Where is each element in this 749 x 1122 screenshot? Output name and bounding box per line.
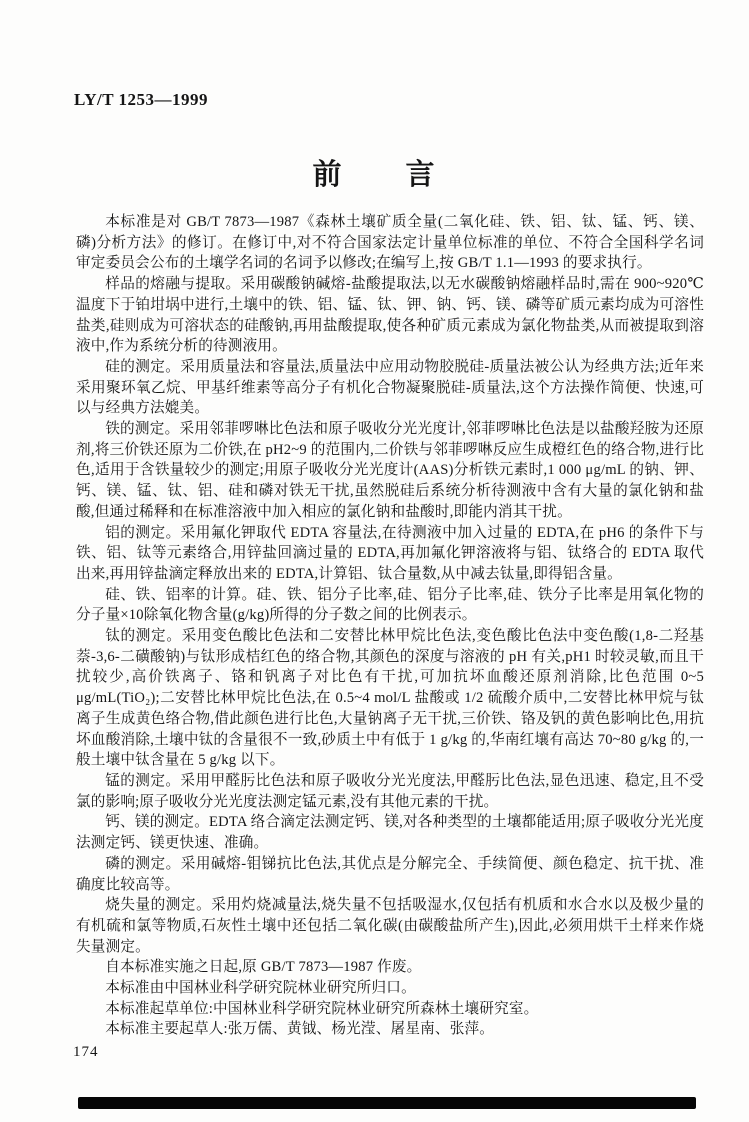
- document-page: LY/T 1253—1999 前 言 本标准是对 GB/T 7873—1987《…: [0, 0, 749, 1122]
- paragraph-phosphorus: 磷的测定。采用碱熔-钼锑抗比色法,其优点是分解完全、手续简便、颜色稳定、抗干扰、…: [76, 854, 704, 895]
- paragraph-supersede-note: 自本标准实施之日起,原 GB/T 7873—1987 作废。: [76, 957, 704, 978]
- document-body: 本标准是对 GB/T 7873—1987《森林土壤矿质全量(二氧化硅、铁、铝、钛…: [76, 212, 704, 1040]
- paragraph-sample-fusion: 样品的熔融与提取。采用碳酸钠碱熔-盐酸提取法,以无水碳酸钠熔融样品时,需在 90…: [76, 274, 704, 357]
- paragraph-drafting-org: 本标准起草单位:中国林业科学研究院林业研究所森林土壤研究室。: [76, 999, 704, 1020]
- paragraph-aluminum: 铝的测定。采用氟化钾取代 EDTA 容量法,在待测液中加入过量的 EDTA,在 …: [76, 523, 704, 585]
- scan-artifact-bar: [78, 1097, 696, 1109]
- paragraph-revision-note: 本标准是对 GB/T 7873—1987《森林土壤矿质全量(二氧化硅、铁、铝、钛…: [76, 212, 704, 274]
- paragraph-iron: 铁的测定。采用邻菲啰啉比色法和原子吸收分光光度计,邻菲啰啉比色法是以盐酸羟胺为还…: [76, 419, 704, 523]
- page-title: 前 言: [0, 152, 749, 193]
- paragraph-loss-on-ignition: 烧失量的测定。采用灼烧减量法,烧失量不包括吸湿水,仅包括有机质和水合水以及极少量…: [76, 895, 704, 957]
- paragraph-calcium-magnesium: 钙、镁的测定。EDTA 络合滴定法测定钙、镁,对各种类型的土壤都能适用;原子吸收…: [76, 812, 704, 853]
- paragraph-manganese: 锰的测定。采用甲醛肟比色法和原子吸收分光光度法,甲醛肟比色法,显色迅速、稳定,且…: [76, 771, 704, 812]
- paragraph-titanium: 钛的测定。采用变色酸比色法和二安替比林甲烷比色法,变色酸比色法中变色酸(1,8-…: [76, 626, 704, 771]
- paragraph-ratio-calc: 硅、铁、铝率的计算。硅、铁、铝分子比率,硅、铝分子比率,硅、铁分子比率是用氧化物…: [76, 585, 704, 626]
- page-number: 174: [73, 1044, 99, 1061]
- standard-code: LY/T 1253—1999: [74, 90, 208, 110]
- paragraph-drafters: 本标准主要起草人:张万儒、黄钺、杨光滢、屠星南、张萍。: [76, 1019, 704, 1040]
- paragraph-centralized-by: 本标准由中国林业科学研究院林业研究所归口。: [76, 978, 704, 999]
- paragraph-silicon: 硅的测定。采用质量法和容量法,质量法中应用动物胶脱硅-质量法被公认为经典方法;近…: [76, 357, 704, 419]
